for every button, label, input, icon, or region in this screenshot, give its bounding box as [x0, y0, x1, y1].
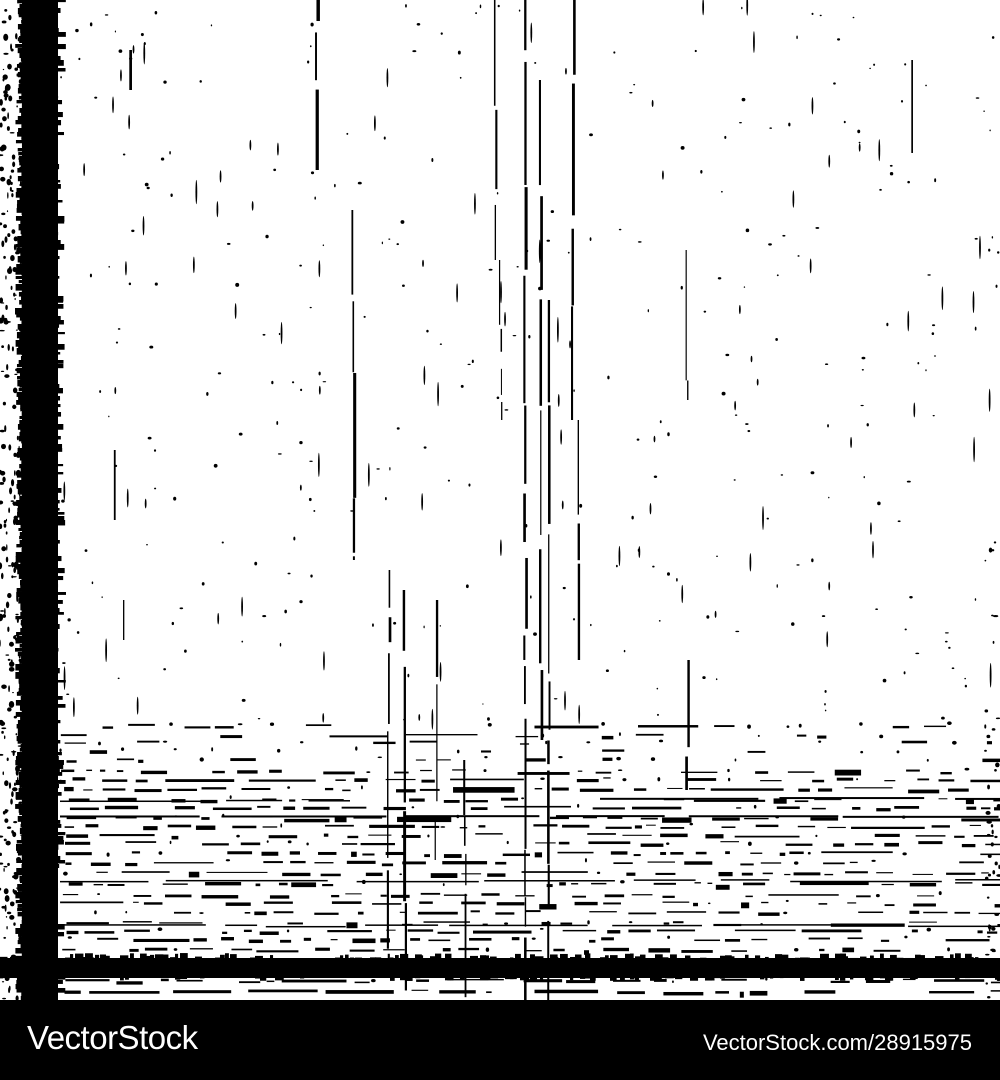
grunge-texture-svg	[0, 0, 1000, 1000]
brand-logo: VectorStock	[27, 1018, 198, 1058]
grunge-texture	[0, 0, 1000, 1000]
watermark-footer: VectorStock VectorStock.com/28915975	[0, 1000, 1000, 1080]
image-credit: VectorStock.com/28915975	[703, 1029, 972, 1057]
